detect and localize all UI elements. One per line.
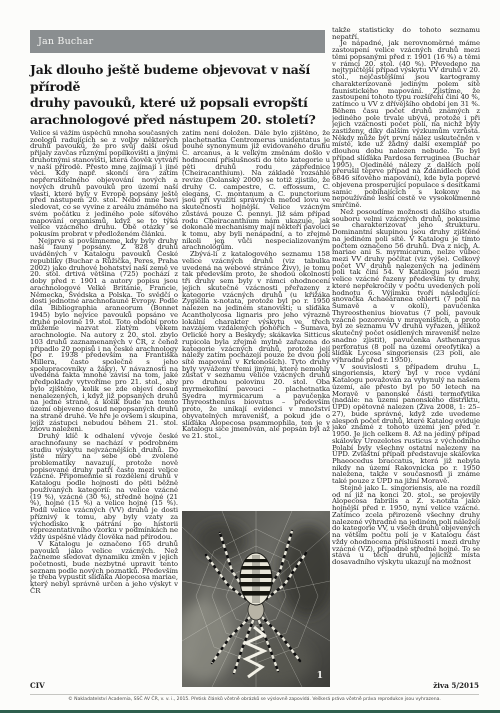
author-name: Jan Buchar — [38, 36, 93, 47]
paragraph: takže statisticky do tohoto seznamu nepa… — [332, 27, 480, 40]
issue-label: živa 5/2015 — [433, 681, 479, 690]
paragraph: Stejně jako L. singoriensis, ale na rozd… — [332, 485, 480, 566]
article-title-line-2: druhy pavouků, které už popsali evropští — [30, 95, 332, 112]
article-title-line-3: arachnologové před nástupem 20. století? — [30, 112, 332, 129]
text-column-1: Velice si vážím úspěchů mnoha současných… — [30, 130, 178, 664]
paragraph: V souvislosti s případem druhu L. singor… — [332, 364, 480, 485]
paragraph: Než posoudíme možnosti dalšího studia so… — [332, 209, 480, 364]
article-title-line-1: Jak dlouho ještě budeme objevovat v naší… — [30, 62, 332, 95]
figure-1-photo: 1 — [182, 511, 330, 687]
text-column-2: zatím není doložen. Dále bylo zjištěno, … — [182, 130, 330, 508]
paragraph: Druhý klíč k odhalení vývoje české arach… — [30, 433, 178, 541]
paragraph: V Katalogu je označeno 165 druhů pavouků… — [30, 541, 178, 595]
paragraph: Je nápadné, jak nerovnoměrné máme zastou… — [332, 40, 480, 208]
article-title: Jak dlouho ještě budeme objevovat v naší… — [30, 62, 332, 128]
paragraph: Nejprve si povšimneme, kdy byly druhy na… — [30, 238, 178, 433]
paragraph: Zbývá-li z katalogového seznamu 158 veli… — [182, 251, 330, 440]
copyright-line: © Nakladatelství Academia, SSČ AV ČR, v.… — [30, 697, 479, 702]
text-column-3: takže statisticky do tohoto seznamu nepa… — [332, 27, 480, 683]
page-number: CIV — [30, 681, 45, 690]
wasp-spider-photo — [182, 511, 330, 687]
author-bar: Jan Buchar — [30, 30, 325, 53]
journal-page: Jan Buchar Jak dlouho ještě budeme objev… — [0, 0, 500, 713]
paragraph: Velice si vážím úspěchů mnoha současných… — [30, 130, 178, 238]
paragraph: zatím není doložen. Dále bylo zjištěno, … — [182, 130, 330, 251]
footer-divider — [30, 694, 479, 695]
figure-number: 1 — [317, 671, 323, 681]
